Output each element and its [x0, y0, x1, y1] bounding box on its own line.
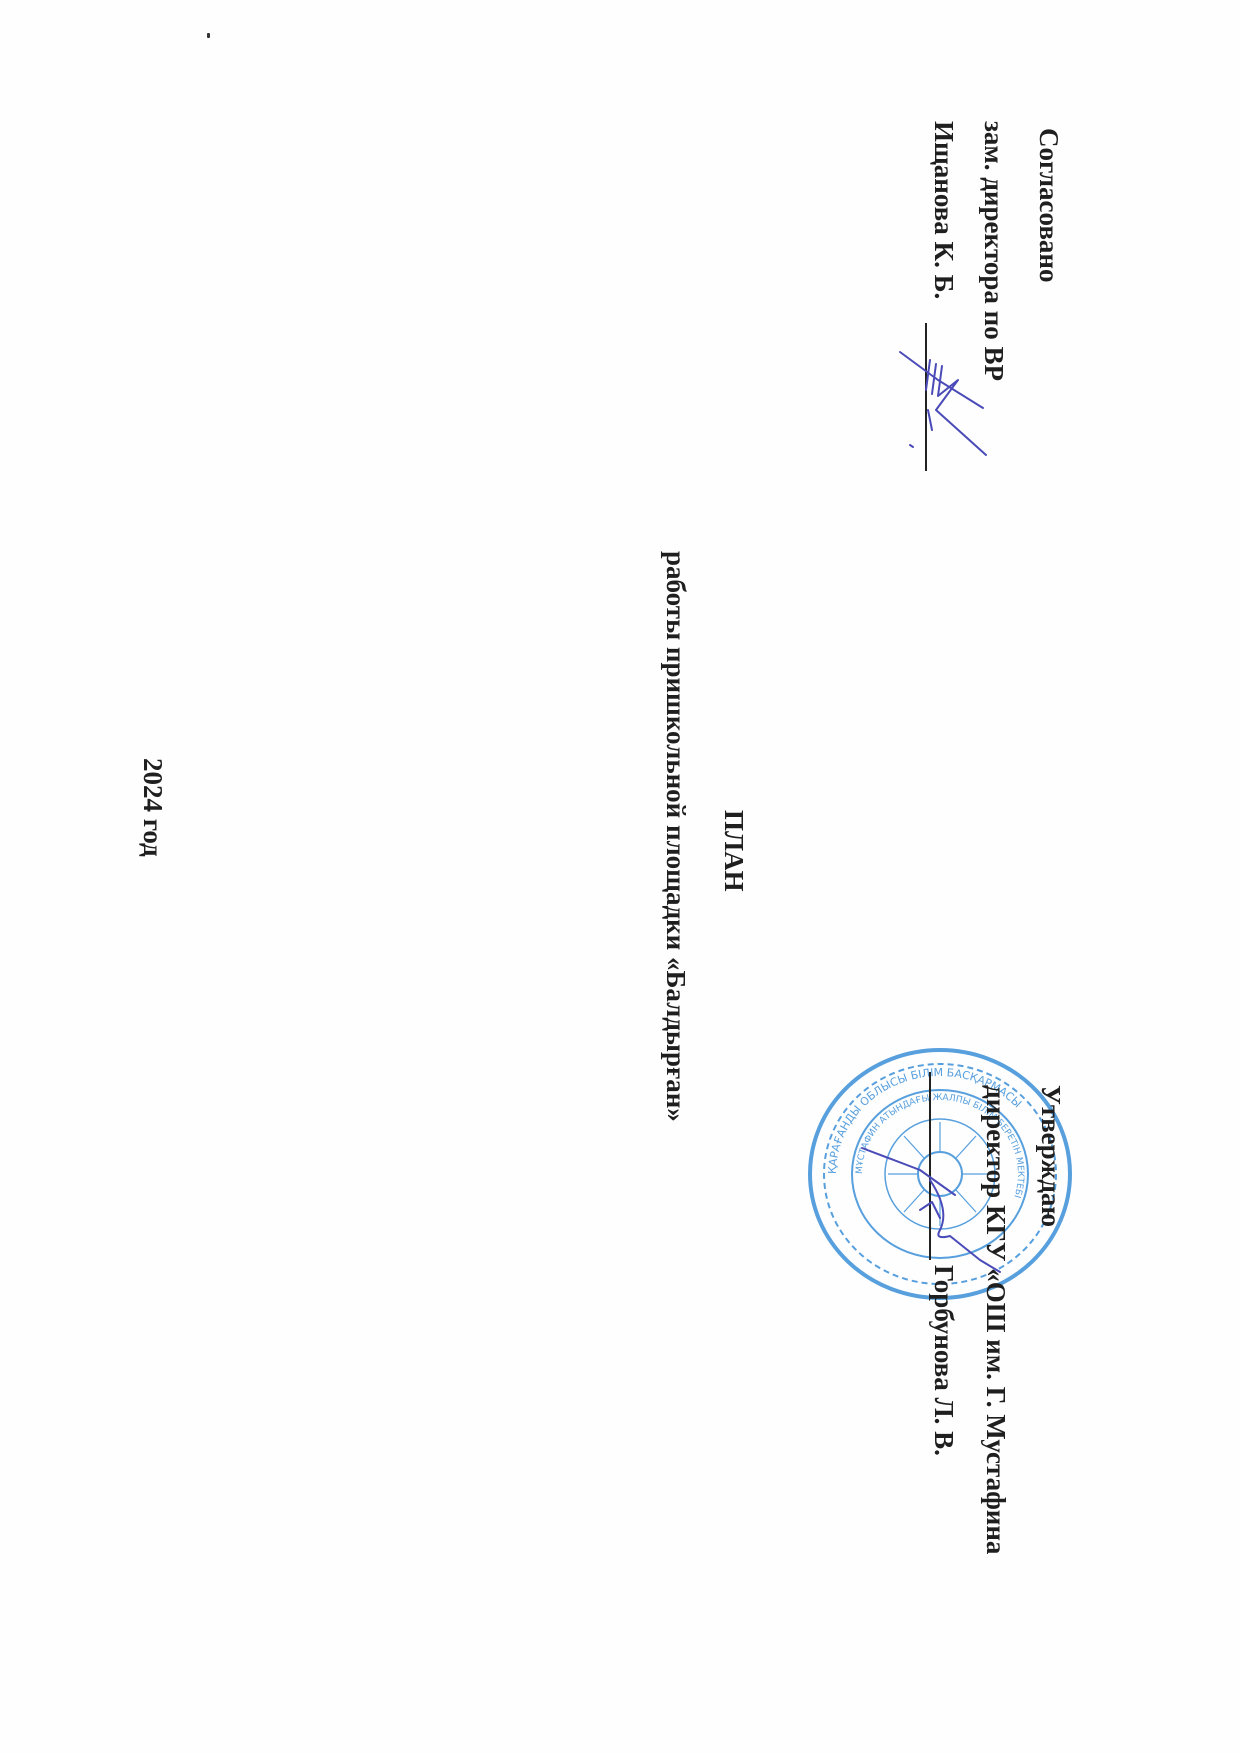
- plan-subtitle: работы пришкольной площадки «Балдырған»: [661, 551, 691, 1122]
- approved-name: Горбунова Л. В.: [929, 1265, 959, 1456]
- agreed-signature: [898, 350, 993, 460]
- agreed-position: зам. директора по ВР: [979, 121, 1009, 381]
- scan-speck: [207, 33, 210, 38]
- approved-heading: Утверждаю: [1036, 1085, 1066, 1227]
- document-page: Согласовано зам. директора по ВР Ищанова…: [0, 0, 1240, 1753]
- plan-title: ПЛАН: [719, 810, 749, 892]
- approved-signature: [860, 1140, 1010, 1280]
- year-label: 2024 год: [138, 758, 168, 857]
- agreed-name: Ищанова К. Б.: [929, 121, 959, 299]
- agreed-heading: Согласовано: [1034, 128, 1064, 283]
